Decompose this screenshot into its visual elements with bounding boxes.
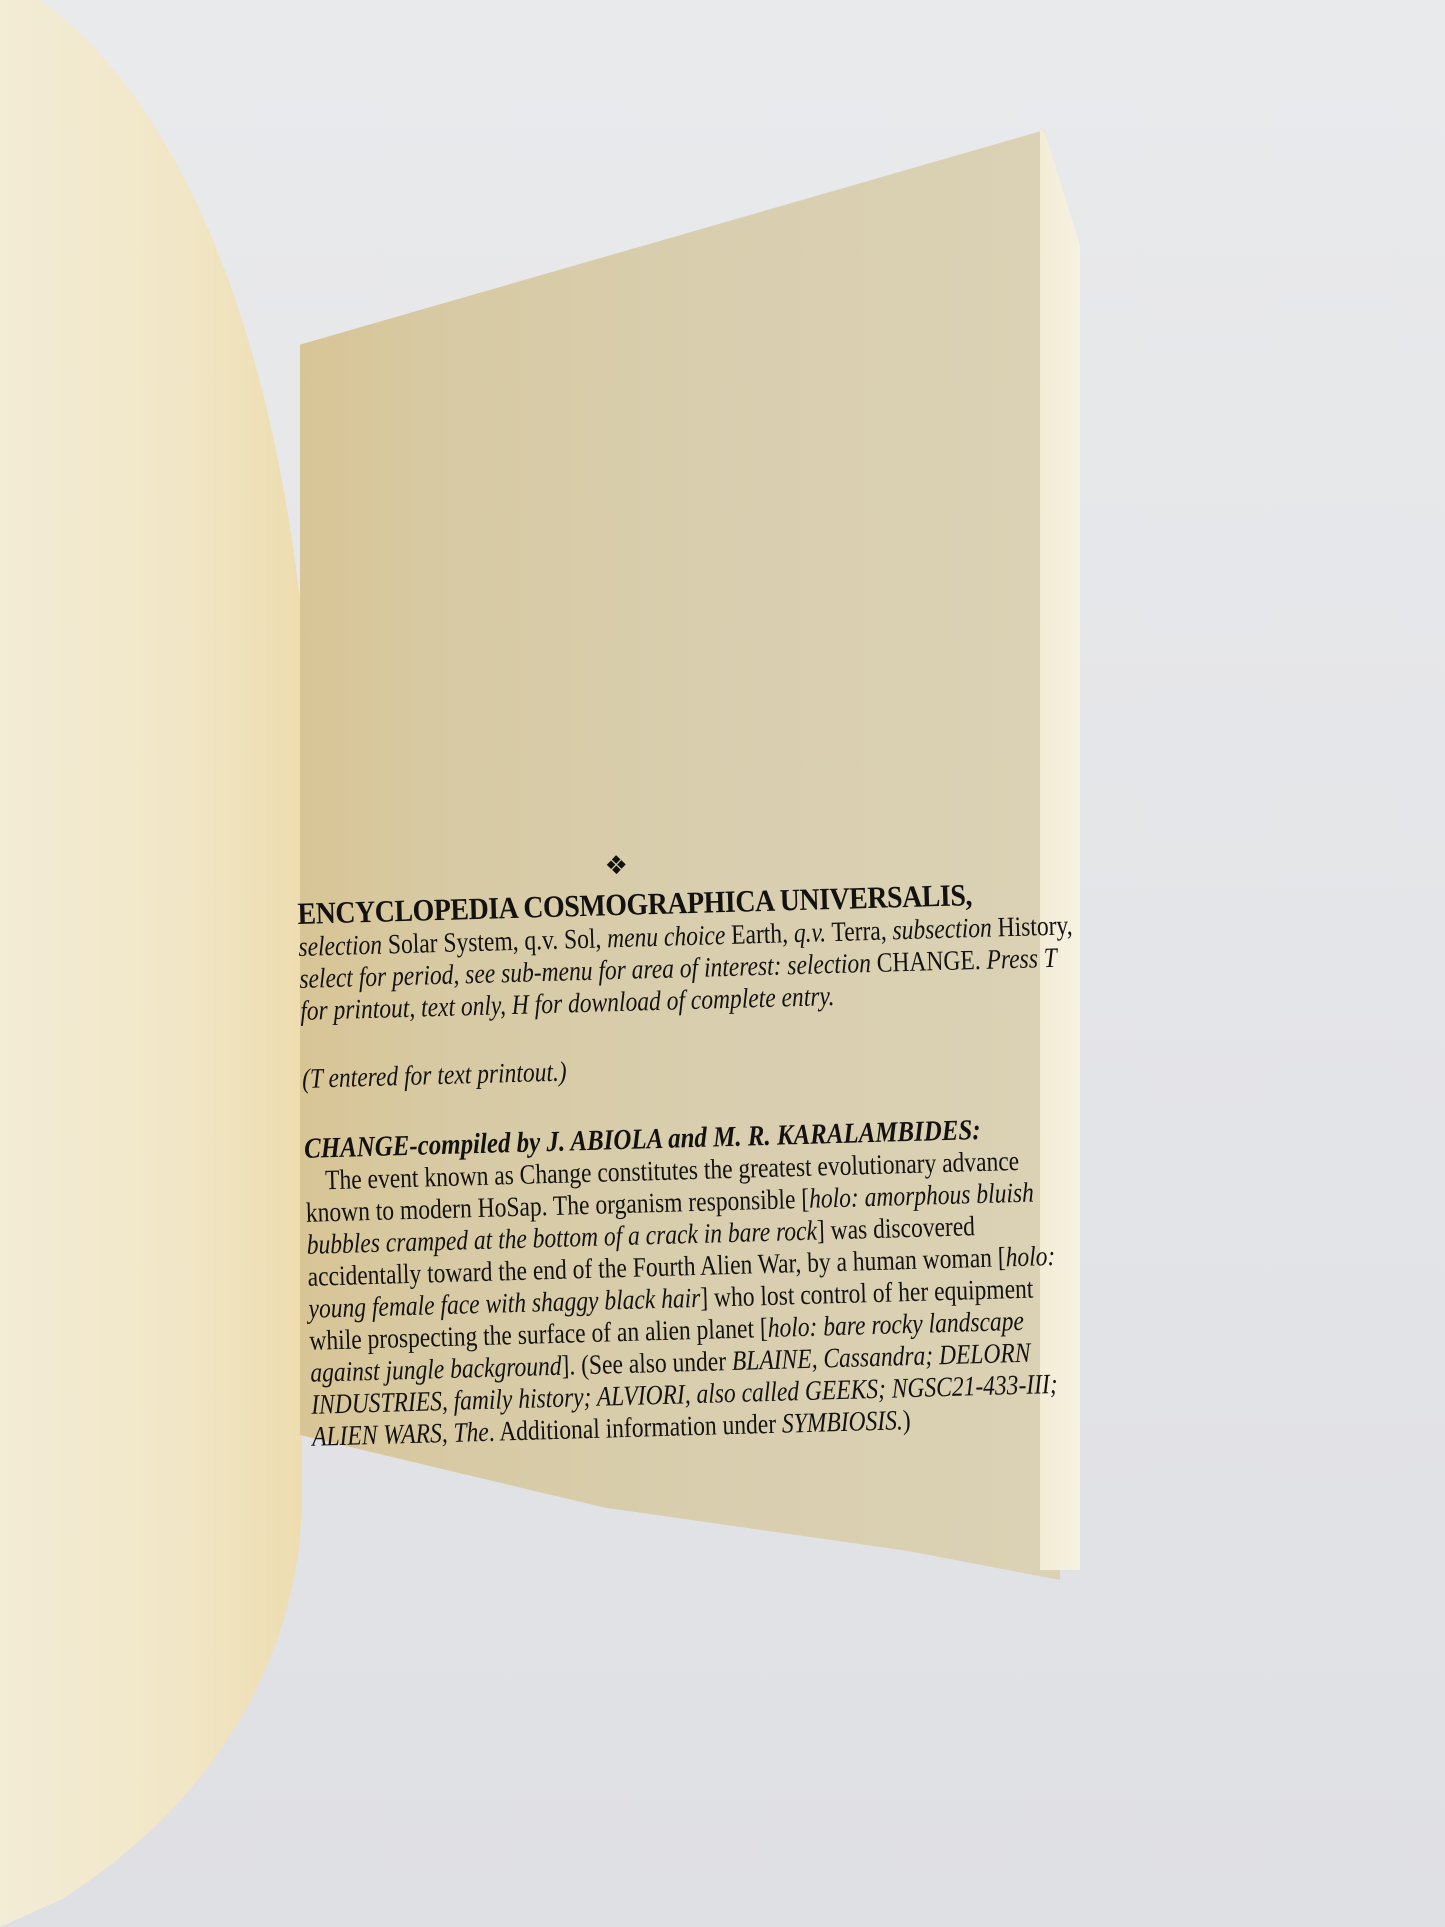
- entry-body: The event known as Change constitutes th…: [305, 1144, 1089, 1454]
- text-run: ): [902, 1405, 911, 1436]
- text-run: ]. (See also under: [561, 1346, 732, 1382]
- text-run: Earth,: [725, 918, 794, 951]
- page-text-block: ❖ ENCYCLOPEDIA COSMOGRAPHICA UNIVERSALIS…: [296, 839, 1082, 1454]
- text-run: menu choice: [607, 920, 726, 954]
- text-run: subsection: [892, 913, 992, 947]
- text-run: Terra,: [826, 915, 893, 948]
- text-run: CHANGE.: [870, 945, 986, 979]
- text-run: SYMBIOSIS.: [782, 1405, 904, 1439]
- text-run: selection: [298, 930, 382, 963]
- left-book-page: [0, 0, 310, 1927]
- text-run: History,: [991, 910, 1073, 943]
- text-run: Solar System, q.v. Sol,: [382, 923, 608, 960]
- text-run: q.v.: [793, 917, 826, 949]
